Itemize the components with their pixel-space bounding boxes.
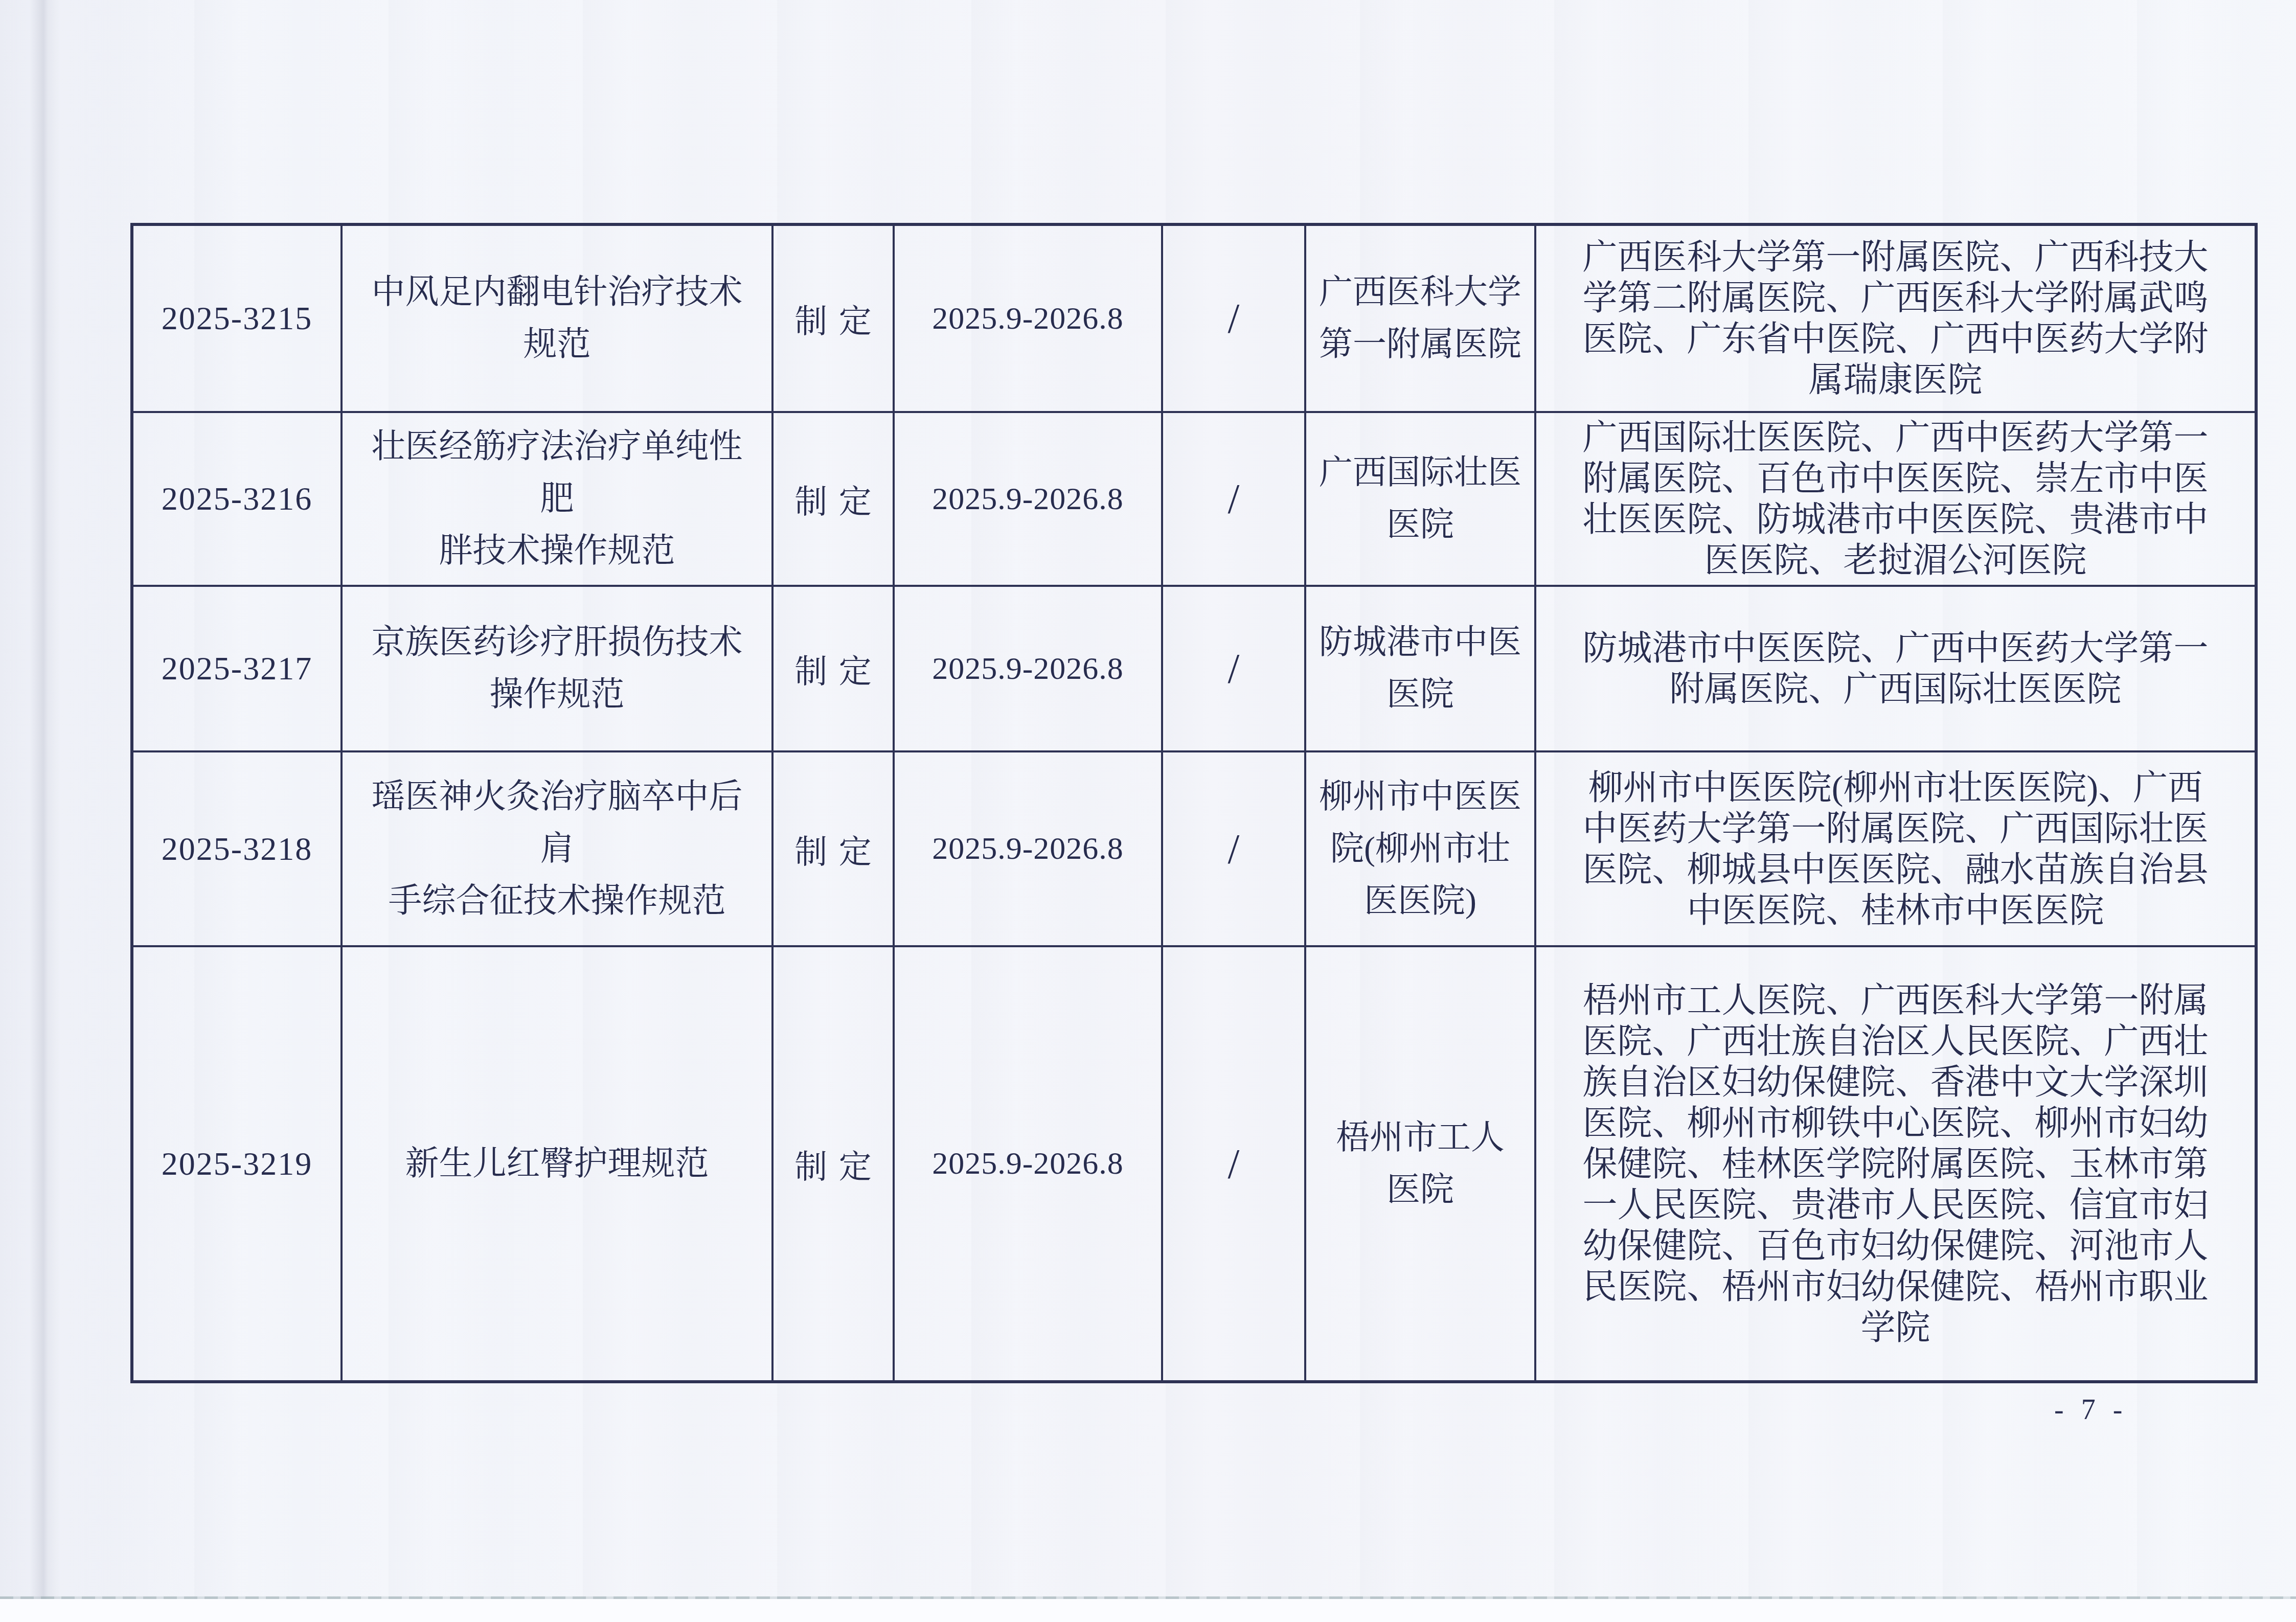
lead-organization-cell: 柳州市中医医 院(柳州市壮 医医院) xyxy=(1305,751,1535,946)
participating-orgs-cell: 梧州市工人医院、广西医科大学第一附属医院、广西壮族自治区人民医院、广西壮族自治区… xyxy=(1535,946,2256,1382)
standard-title-cell: 京族医药诊疗肝损伤技术 操作规范 xyxy=(342,586,772,751)
scan-below-page-area xyxy=(0,1599,2296,1622)
action-type-cell: 制定 xyxy=(772,946,894,1382)
lead-organization-cell: 防城港市中医 医院 xyxy=(1305,586,1535,751)
action-type-cell: 制定 xyxy=(772,586,894,751)
standard-id-cell: 2025-3218 xyxy=(132,751,342,946)
table-row: 2025-3216 壮医经筋疗法治疗单纯性肥 胖技术操作规范 制定 2025.9… xyxy=(132,412,2256,586)
standard-title-cell: 壮医经筋疗法治疗单纯性肥 胖技术操作规范 xyxy=(342,412,772,586)
standard-id-cell: 2025-3215 xyxy=(132,224,342,412)
standard-id-cell: 2025-3217 xyxy=(132,586,342,751)
note-cell: / xyxy=(1162,946,1305,1382)
standard-title-cell: 新生儿红臀护理规范 xyxy=(342,946,772,1382)
participating-orgs-cell: 防城港市中医医院、广西中医药大学第一附属医院、广西国际壮医医院 xyxy=(1535,586,2256,751)
lead-organization-cell: 广西国际壮医 医院 xyxy=(1305,412,1535,586)
time-period-cell: 2025.9-2026.8 xyxy=(894,412,1162,586)
standard-title-cell: 中风足内翻电针治疗技术 规范 xyxy=(342,224,772,412)
action-type-cell: 制定 xyxy=(772,412,894,586)
note-cell: / xyxy=(1162,586,1305,751)
note-cell: / xyxy=(1162,412,1305,586)
lead-organization-cell: 梧州市工人 医院 xyxy=(1305,946,1535,1382)
scanned-document-page: { "page": { "number_label": "- 7 -" }, "… xyxy=(0,0,2296,1622)
note-cell: / xyxy=(1162,751,1305,946)
standards-table-container: 2025-3215 中风足内翻电针治疗技术 规范 制定 2025.9-2026.… xyxy=(130,223,2258,1383)
table-row: 2025-3215 中风足内翻电针治疗技术 规范 制定 2025.9-2026.… xyxy=(132,224,2256,412)
scan-left-edge-shadow xyxy=(30,0,60,1622)
time-period-cell: 2025.9-2026.8 xyxy=(894,586,1162,751)
participating-orgs-cell: 广西医科大学第一附属医院、广西科技大学第二附属医院、广西医科大学附属武鸣医院、广… xyxy=(1535,224,2256,412)
time-period-cell: 2025.9-2026.8 xyxy=(894,946,1162,1382)
standards-table: 2025-3215 中风足内翻电针治疗技术 规范 制定 2025.9-2026.… xyxy=(130,223,2258,1383)
table-row: 2025-3217 京族医药诊疗肝损伤技术 操作规范 制定 2025.9-202… xyxy=(132,586,2256,751)
time-period-cell: 2025.9-2026.8 xyxy=(894,224,1162,412)
action-type-cell: 制定 xyxy=(772,751,894,946)
page-number: - 7 - xyxy=(2054,1393,2127,1426)
note-cell: / xyxy=(1162,224,1305,412)
participating-orgs-cell: 广西国际壮医医院、广西中医药大学第一附属医院、百色市中医医院、崇左市中医壮医医院… xyxy=(1535,412,2256,586)
action-type-cell: 制定 xyxy=(772,224,894,412)
standard-id-cell: 2025-3219 xyxy=(132,946,342,1382)
table-row: 2025-3219 新生儿红臀护理规范 制定 2025.9-2026.8 / 梧… xyxy=(132,946,2256,1382)
participating-orgs-cell: 柳州市中医医院(柳州市壮医医院)、广西中医药大学第一附属医院、广西国际壮医医院、… xyxy=(1535,751,2256,946)
standard-title-cell: 瑶医神火灸治疗脑卒中后肩 手综合征技术操作规范 xyxy=(342,751,772,946)
standard-id-cell: 2025-3216 xyxy=(132,412,342,586)
table-row: 2025-3218 瑶医神火灸治疗脑卒中后肩 手综合征技术操作规范 制定 202… xyxy=(132,751,2256,946)
lead-organization-cell: 广西医科大学 第一附属医院 xyxy=(1305,224,1535,412)
time-period-cell: 2025.9-2026.8 xyxy=(894,751,1162,946)
